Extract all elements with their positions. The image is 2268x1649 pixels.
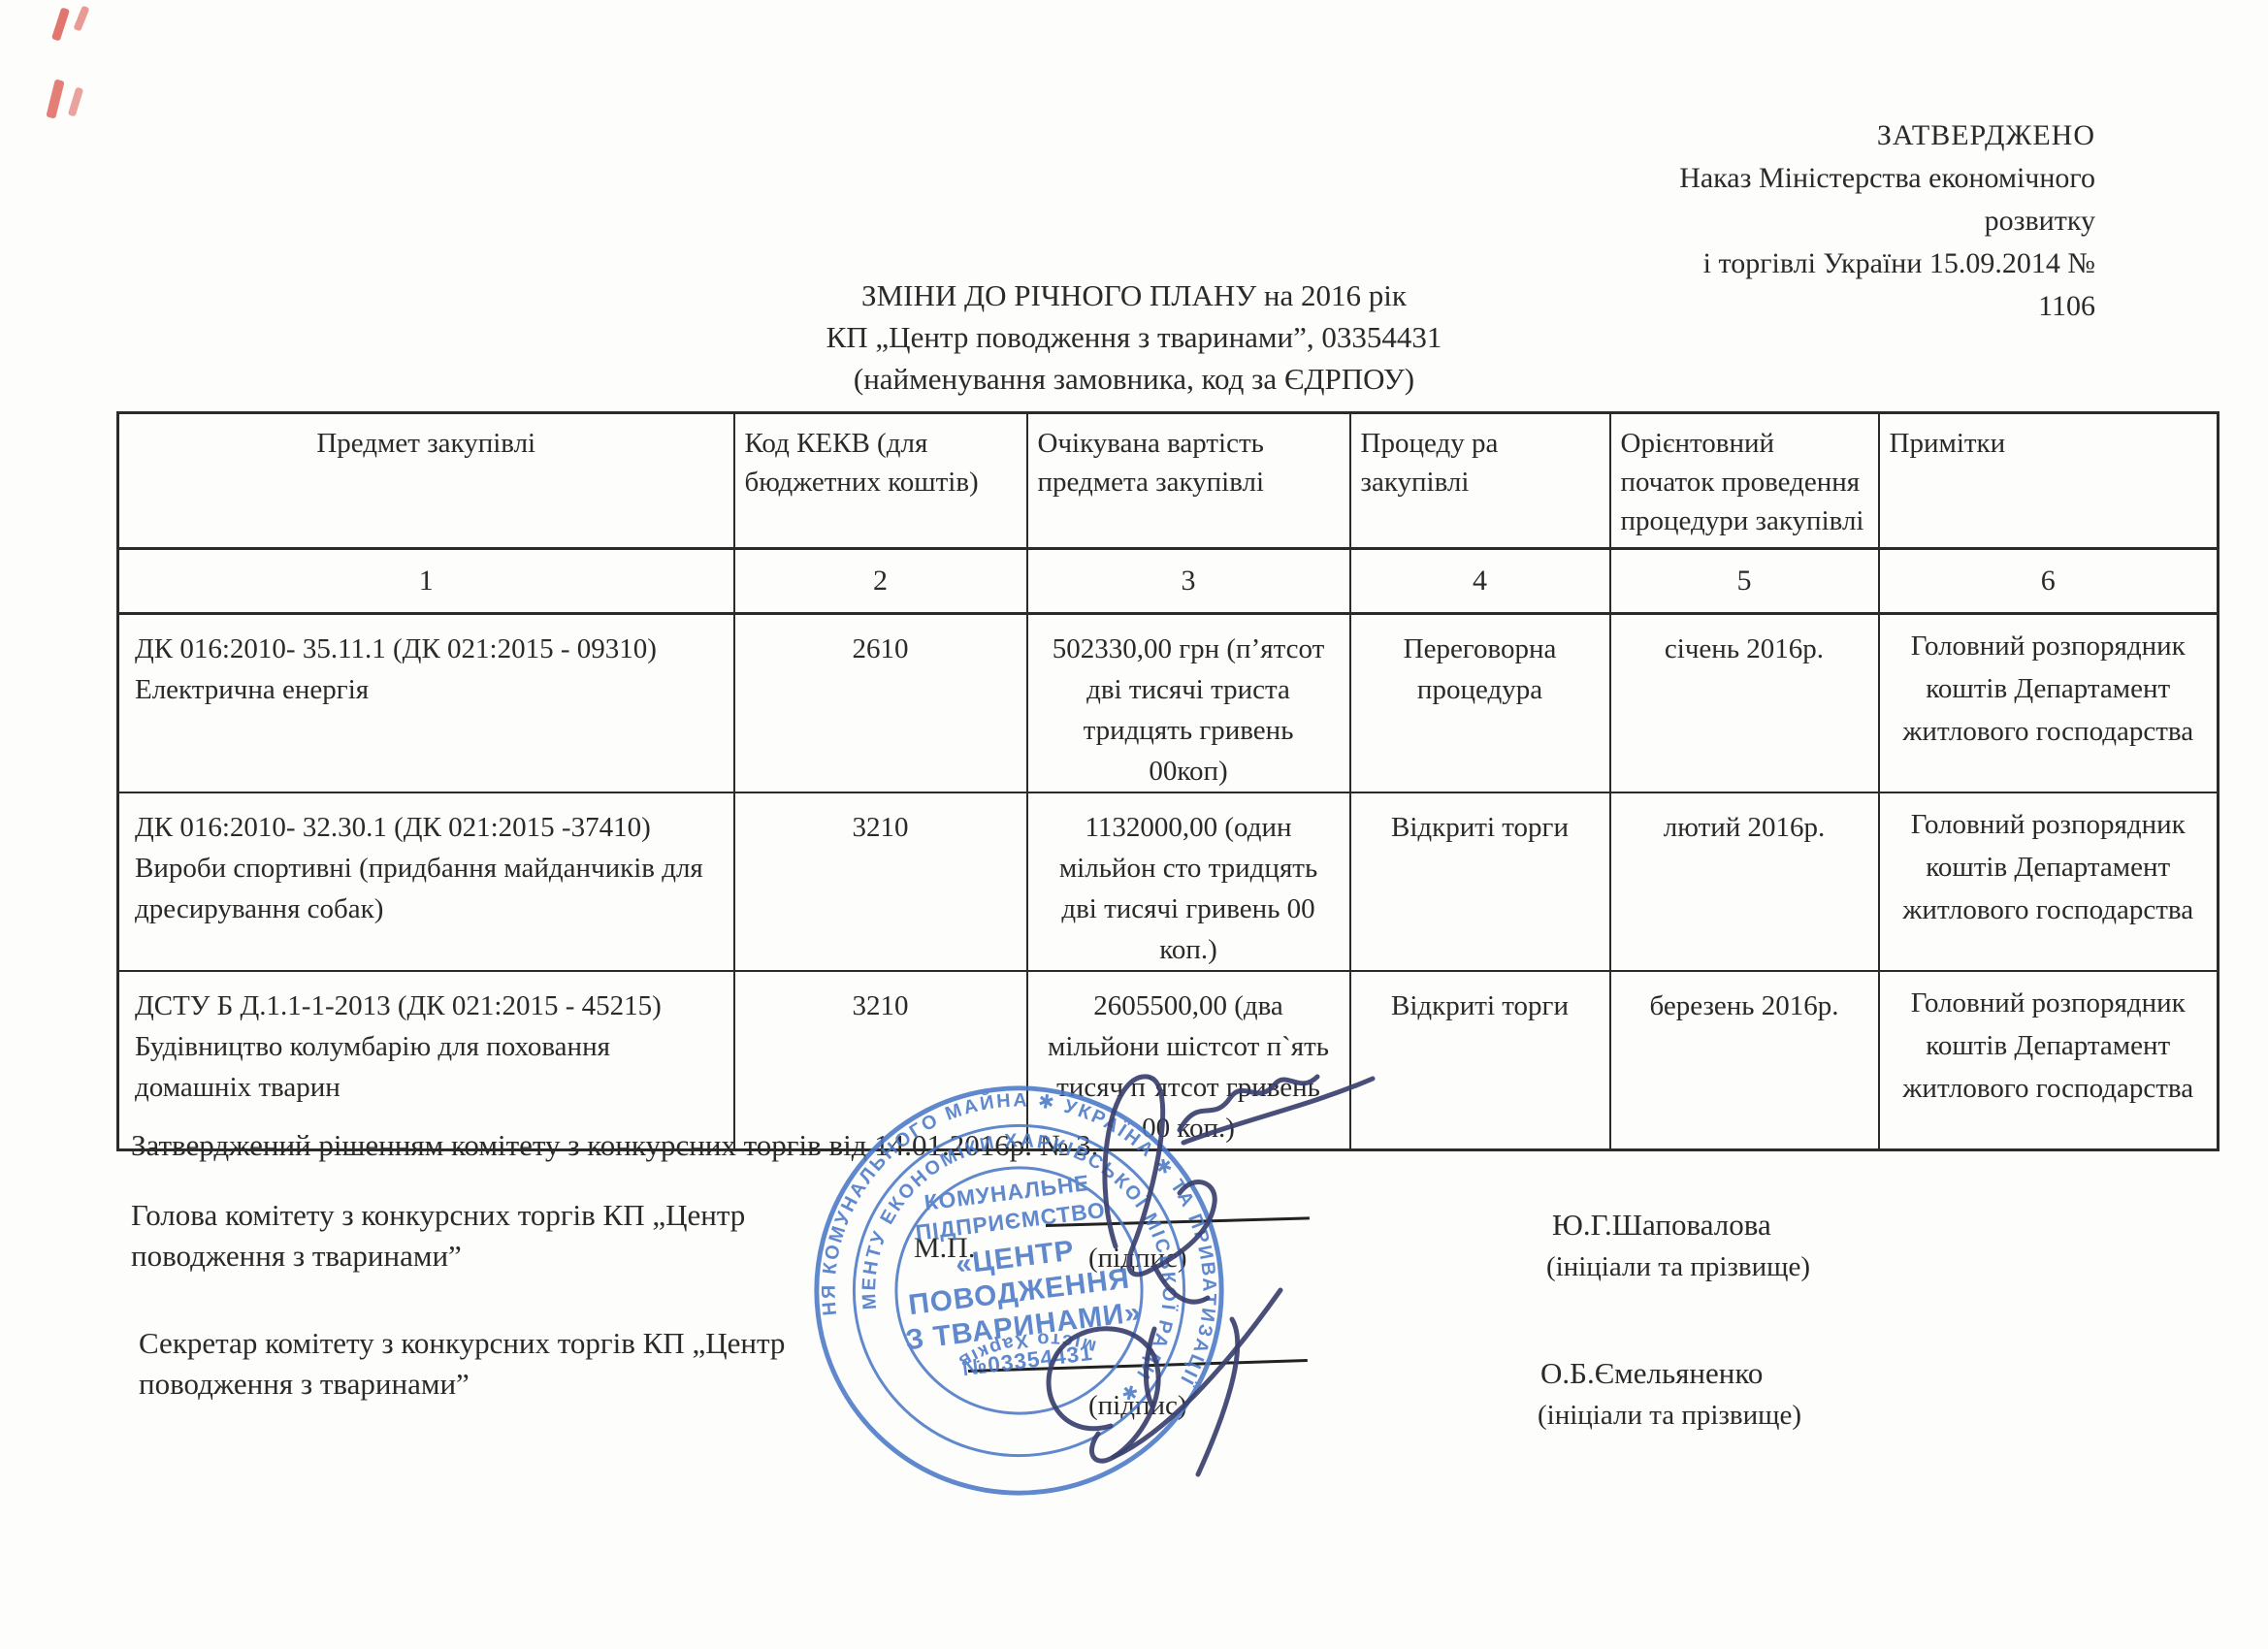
cell-expected-value: 1132000,00 (один мільйон сто тридцять дв…	[1027, 792, 1350, 971]
col-header-notes: Примітки	[1879, 413, 2219, 549]
red-pen-mark	[51, 7, 70, 41]
cell-procedure: Відкриті торги	[1350, 792, 1610, 971]
cell-start: лютий 2016р.	[1610, 792, 1879, 971]
table-header-row: Предмет закупівлі Код КЕКВ (для бюджетни…	[118, 413, 2219, 549]
secretary-of-committee-label: Секретар комітету з конкурсних торгів КП…	[139, 1323, 837, 1405]
head-of-committee-label: Голова комітету з конкурсних торгів КП „…	[131, 1195, 829, 1277]
doc-title-line3: (найменування замовника, код за ЄДРПОУ)	[0, 358, 2268, 400]
cell-notes: Головний розпорядник коштів Департамент …	[1879, 614, 2219, 793]
table-row: ДК 016:2010- 32.30.1 (ДК 021:2015 -37410…	[118, 792, 2219, 971]
doc-title-line2: КП „Центр поводження з тваринами”, 03354…	[0, 316, 2268, 358]
column-number-row: 1 2 3 4 5 6	[118, 549, 2219, 614]
cell-procedure: Переговорна процедура	[1350, 614, 1610, 793]
cell-notes: Головний розпорядник коштів Департамент …	[1879, 971, 2219, 1150]
cell-kekv: 3210	[734, 792, 1027, 971]
secretary-name: О.Б.Ємельяненко	[1540, 1356, 1763, 1391]
cell-expected-value: 502330,00 грн (п’ятсот дві тисячі триста…	[1027, 614, 1350, 793]
cell-subject: ДК 016:2010- 32.30.1 (ДК 021:2015 -37410…	[118, 792, 734, 971]
red-pen-mark	[68, 86, 83, 116]
col-number-2: 2	[734, 549, 1027, 614]
col-header-procedure: Процеду ра закупівлі	[1350, 413, 1610, 549]
cell-kekv: 2610	[734, 614, 1027, 793]
col-number-3: 3	[1027, 549, 1350, 614]
col-number-6: 6	[1879, 549, 2219, 614]
col-header-expected-value: Очікувана вартість предмета закупівлі	[1027, 413, 1350, 549]
col-header-start: Орієнтовний початок проведення процедури…	[1610, 413, 1879, 549]
doc-title-line1: ЗМІНИ ДО РІЧНОГО ПЛАНУ на 2016 рік	[0, 275, 2268, 316]
col-number-1: 1	[118, 549, 734, 614]
secretary-name-caption: (ініціали та прізвище)	[1538, 1400, 1801, 1432]
signature-ink-secretary	[1049, 1290, 1280, 1474]
red-pen-mark	[46, 79, 64, 118]
cell-subject: ДСТУ Б Д.1.1-1-2013 (ДК 021:2015 - 45215…	[118, 971, 734, 1150]
cell-start: січень 2016р.	[1610, 614, 1879, 793]
col-header-subject: Предмет закупівлі	[118, 413, 734, 549]
document-title-block: ЗМІНИ ДО РІЧНОГО ПЛАНУ на 2016 рік КП „Ц…	[0, 275, 2268, 400]
table-row: ДК 016:2010- 35.11.1 (ДК 021:2015 - 0931…	[118, 614, 2219, 793]
approval-title: ЗАТВЕРДЖЕНО	[1649, 114, 2095, 157]
approval-order-line1: Наказ Міністерства економічного розвитку	[1649, 157, 2095, 242]
col-header-kekv: Код КЕКВ (для бюджетних коштів)	[734, 413, 1027, 549]
cell-start: березень 2016р.	[1610, 971, 1879, 1150]
head-name-caption: (ініціали та прізвище)	[1546, 1251, 1810, 1283]
head-name: Ю.Г.Шаповалова	[1552, 1208, 1771, 1243]
col-number-5: 5	[1610, 549, 1879, 614]
col-number-4: 4	[1350, 549, 1610, 614]
signature-ink-head	[1105, 1077, 1373, 1302]
cell-subject: ДК 016:2010- 35.11.1 (ДК 021:2015 - 0931…	[118, 614, 734, 793]
red-pen-mark	[73, 5, 89, 31]
cell-notes: Головний розпорядник коштів Департамент …	[1879, 792, 2219, 971]
scanned-procurement-document: ЗАТВЕРДЖЕНО Наказ Міністерства економічн…	[0, 0, 2268, 1649]
handwritten-signatures	[989, 1038, 1513, 1523]
